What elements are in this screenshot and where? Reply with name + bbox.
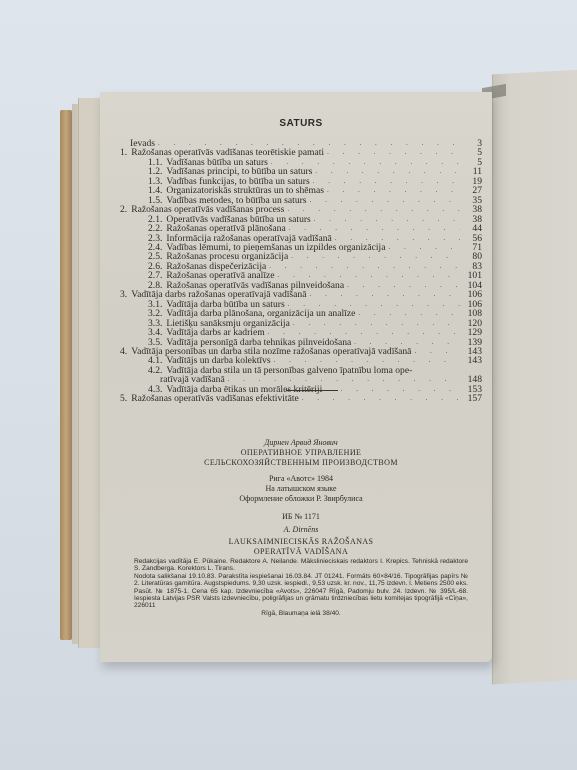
- toc-entry-number: 2.: [120, 205, 127, 214]
- toc-entry: 5.Ražošanas operatīvās vadīšanas efektiv…: [120, 394, 482, 403]
- toc-leader-dots: . . . . . . . . . . . . . . . . . . . . …: [309, 290, 460, 299]
- title-ru-line-2: СЕЛЬСКОХОЗЯЙСТВЕННЫМ ПРОИЗВОДСТВОМ: [120, 458, 482, 468]
- toc-entry-number: 5.: [120, 394, 127, 403]
- toc-entry-number: 1.: [120, 148, 127, 157]
- fine-print-editors: Redakcijas vadītāja E. Pūkaine. Redaktor…: [134, 558, 468, 573]
- toc-leader-dots: . . . . . . . . . . . . . . . . . . . . …: [313, 177, 460, 186]
- cover-design-ru: Оформление обложки Р. Звирбулиса: [120, 494, 482, 504]
- toc-leader-dots: . . . . . . . . . . . . . . . . . . . . …: [314, 215, 460, 224]
- toc-leader-dots: . . . . . . . . . . . . . . . . . . . . …: [269, 262, 460, 271]
- fine-print: Redakcijas vadītāja E. Pūkaine. Redaktor…: [134, 558, 468, 617]
- book-cover-edge: [60, 110, 72, 640]
- toc-leader-dots: . . . . . . . . . . . . . . . . . . . . …: [315, 167, 460, 176]
- toc-leader-dots: . . . . . . . . . . . . . . . . . . . . …: [388, 243, 460, 252]
- ib-number: ИБ № 1171: [120, 512, 482, 522]
- title-lv-line-1: LAUKSAIMNIECISKĀS RAŽOŠANAS: [120, 537, 482, 547]
- toc-leader-dots: . . . . . . . . . . . . . . . . . . . . …: [287, 205, 460, 214]
- author-ru: Дирнен Арвид Янович: [120, 438, 482, 448]
- toc-leader-dots: . . . . . . . . . . . . . . . . . . . . …: [325, 385, 460, 394]
- title-lv-line-2: OPERATĪVĀ VADĪŠANA: [120, 547, 482, 557]
- toc-entry-label: Ražošanas operatīvās vadīšanas efektivit…: [131, 394, 302, 403]
- left-page: SATURS Ievads. . . . . . . . . . . . . .…: [100, 92, 492, 662]
- author-lv: A. Dirnēns: [120, 525, 482, 535]
- fine-print-address: Rīgā, Blaumaņa ielā 38/40.: [134, 610, 468, 617]
- toc-leader-dots: . . . . . . . . . . . . . . . . . . . . …: [327, 186, 460, 195]
- table-of-contents: Ievads. . . . . . . . . . . . . . . . . …: [120, 139, 482, 404]
- toc-leader-dots: . . . . . . . . . . . . . . . . . . . . …: [347, 281, 460, 290]
- divider-rule: [286, 390, 338, 391]
- title-ru-line-1: ОПЕРАТИВНОЕ УПРАВЛЕНИЕ: [120, 448, 482, 458]
- toc-leader-dots: . . . . . . . . . . . . . . . . . . . . …: [414, 347, 460, 356]
- fine-print-production: Nodota salikšanai 19.10.83. Parakstīta i…: [134, 573, 468, 610]
- toc-leader-dots: . . . . . . . . . . . . . . . . . . . . …: [293, 319, 460, 328]
- toc-leader-dots: . . . . . . . . . . . . . . . . . . . . …: [302, 394, 460, 403]
- toc-leader-dots: . . . . . . . . . . . . . . . . . . . . …: [327, 148, 460, 157]
- toc-entry-page: 157: [460, 394, 482, 403]
- toc-leader-dots: . . . . . . . . . . . . . . . . . . . . …: [358, 309, 460, 318]
- toc-entry-number: 4.: [120, 347, 127, 356]
- toc-title: SATURS: [120, 118, 482, 129]
- toc-leader-dots: . . . . . . . . . . . . . . . . . . . . …: [310, 196, 460, 205]
- toc-leader-dots: . . . . . . . . . . . . . . . . . . . . …: [291, 252, 460, 261]
- toc-entry-number: 3.: [120, 290, 127, 299]
- publisher-ru: Рига «Авотс» 1984: [120, 474, 482, 484]
- language-ru: На латышском языке: [120, 484, 482, 494]
- toc-entry-page: 143: [460, 356, 482, 365]
- imprint-block: Дирнен Арвид Янович ОПЕРАТИВНОЕ УПРАВЛЕН…: [120, 438, 482, 557]
- right-page: [492, 70, 577, 685]
